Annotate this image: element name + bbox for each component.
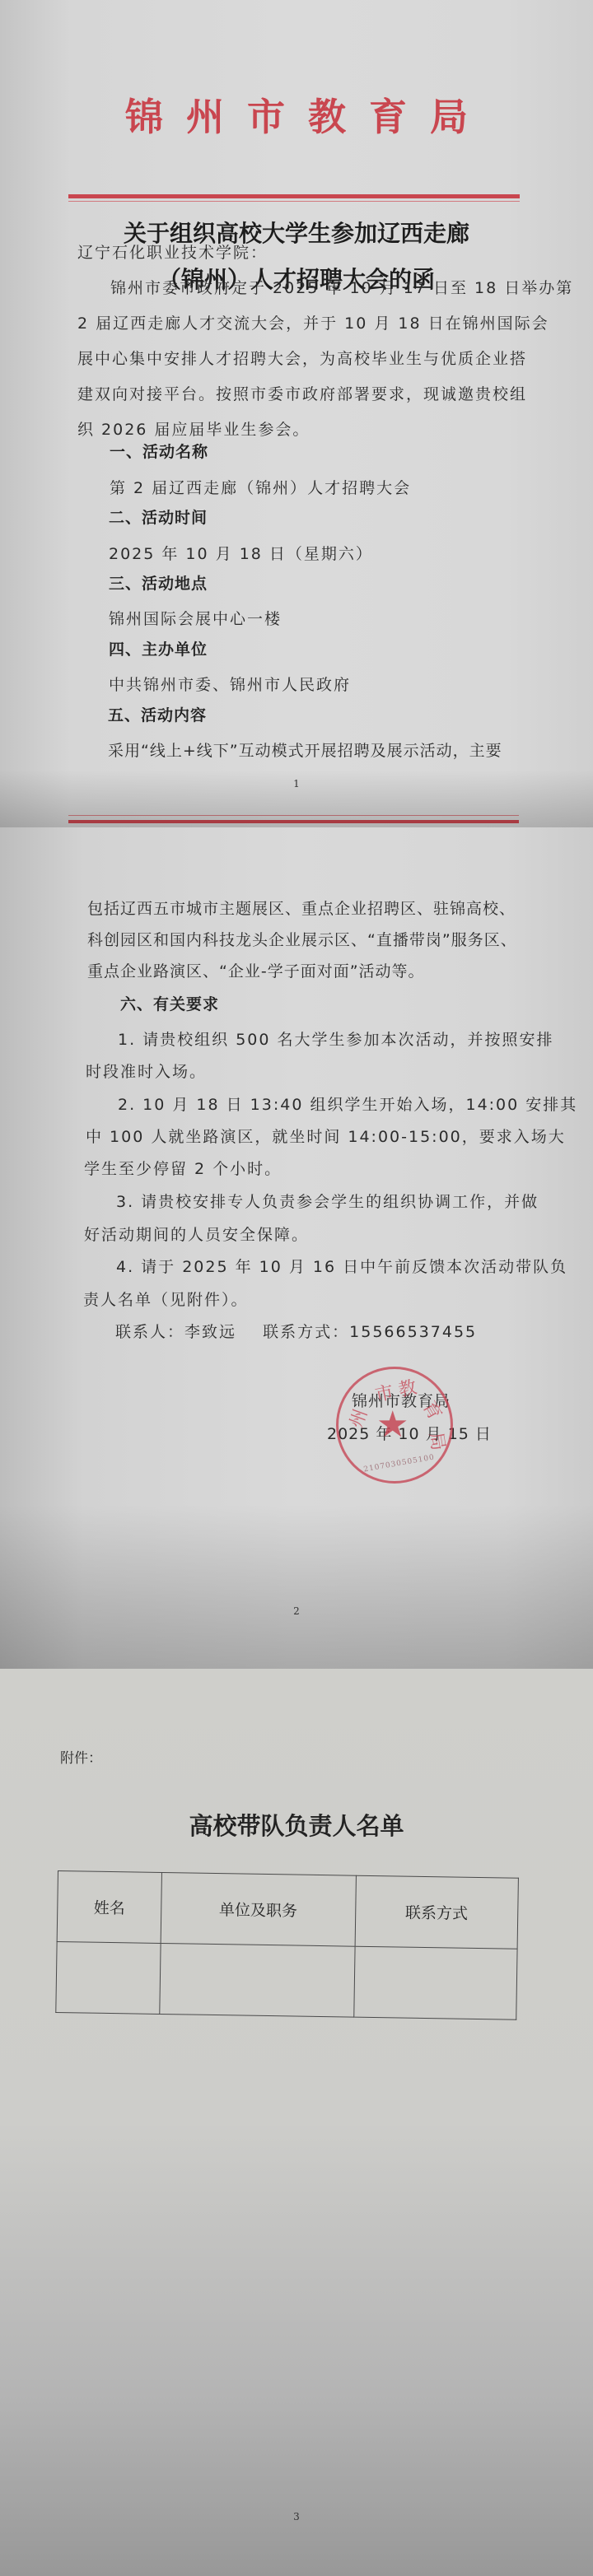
content-line: 重点企业路演区、“企业-学子面对面”活动等。 (87, 959, 425, 981)
page-number: 3 (0, 2511, 593, 2522)
requirement-line: 中 100 人就坐路演区，就坐时间 14:00-15:00，要求入场大 (86, 1125, 566, 1147)
requirement-line: 1. 请贵校组织 500 名大学生参加本次活动，并按照安排 (118, 1027, 554, 1050)
footer-red-rule-thin (68, 815, 519, 816)
requirement-line: 2. 10 月 18 日 13:40 组织学生开始入场，14:00 安排其 (118, 1092, 577, 1115)
attachment-title: 高校带队负责人名单 (0, 1808, 593, 1842)
header-red-rule (68, 194, 520, 198)
table-row (56, 1941, 517, 2019)
page-number: 1 (0, 778, 593, 790)
section-heading: 二、活动时间 (109, 505, 208, 528)
issuer-header: 锦州市教育局 (0, 87, 593, 142)
cell-contact[interactable] (353, 1946, 517, 2019)
column-header-contact: 联系方式 (355, 1875, 519, 1949)
section-heading: 五、活动内容 (108, 703, 207, 725)
footer-red-rule (68, 820, 519, 823)
seal-text-left: 州 (343, 1405, 373, 1431)
attachment-label: 附件： (60, 1746, 102, 1767)
table-header-row: 姓名 单位及职务 联系方式 (57, 1871, 518, 1949)
section-body: 中共锦州市委、锦州市人民政府 (109, 673, 351, 695)
seal-text-top: 市 教 (372, 1373, 418, 1407)
column-header-unit-position: 单位及职务 (161, 1872, 356, 1946)
contact-line: 联系人：李致远 联系方式：15566537455 (115, 1320, 477, 1342)
seal-text-right: 育 (418, 1395, 449, 1424)
section-body: 2025 年 10 月 18 日（星期六） (109, 542, 373, 564)
requirement-line: 责人名单（见附件）。 (83, 1288, 249, 1310)
requirement-line: 3. 请贵校安排专人负责参会学生的组织协调工作，并做 (116, 1190, 539, 1212)
document-page-1: 锦州市教育局 关于组织高校大学生参加辽西走廊 （锦州）人才招聘大会的函 辽宁石化… (0, 0, 593, 827)
cell-unit-position[interactable] (160, 1943, 355, 2017)
content-line: 包括辽西五市城市主题展区、重点企业招聘区、驻锦高校、 (87, 897, 516, 919)
star-icon: ★ (376, 1407, 409, 1443)
content-line: 科创园区和国内科技龙头企业展示区、“直播带岗”服务区、 (87, 928, 517, 950)
intro-line: 2 届辽西走廊人才交流大会，并于 10 月 18 日在锦州国际会 (77, 311, 549, 333)
intro-line: 锦州市委市政府定于 2025 年 10 月 17 日至 18 日举办第 (110, 276, 573, 298)
header-red-rule-thin (68, 201, 520, 202)
section-heading: 六、有关要求 (120, 992, 219, 1014)
section-heading: 三、活动地点 (109, 571, 208, 594)
page-number: 2 (0, 1605, 593, 1617)
official-seal: 市 教 州 育 局 ★ 2107030505100 (336, 1367, 453, 1484)
requirement-line: 好活动期间的人员安全保障。 (84, 1223, 309, 1245)
intro-line: 展中心集中安排人才招聘大会，为高校毕业生与优质企业搭 (77, 347, 527, 369)
document-page-3 (0, 1669, 593, 2576)
section-heading: 一、活动名称 (110, 440, 208, 462)
section-heading: 四、主办单位 (109, 637, 208, 659)
recipient-line: 辽宁石化职业技术学院： (77, 240, 268, 263)
leader-list-table: 姓名 单位及职务 联系方式 (55, 1870, 519, 2020)
intro-line: 建双向对接平台。按照市委市政府部署要求，现诚邀贵校组 (77, 382, 527, 404)
requirement-line: 时段准时入场。 (86, 1060, 207, 1082)
section-body: 第 2 届辽西走廊（锦州）人才招聘大会 (110, 476, 411, 498)
section-body: 锦州国际会展中心一楼 (109, 607, 282, 629)
document-page-2: 包括辽西五市城市主题展区、重点企业招聘区、驻锦高校、 科创园区和国内科技龙头企业… (0, 827, 593, 1669)
requirement-line: 4. 请于 2025 年 10 月 16 日中午前反馈本次活动带队负 (116, 1255, 567, 1277)
seal-code: 2107030505100 (363, 1453, 436, 1474)
cell-name[interactable] (56, 1941, 161, 2014)
intro-line: 织 2026 届应届毕业生参会。 (77, 417, 310, 440)
requirement-line: 学生至少停留 2 个小时。 (84, 1157, 282, 1179)
section-body: 采用“线上+线下”互动模式开展招聘及展示活动，主要 (108, 738, 502, 761)
column-header-name: 姓名 (57, 1871, 161, 1944)
